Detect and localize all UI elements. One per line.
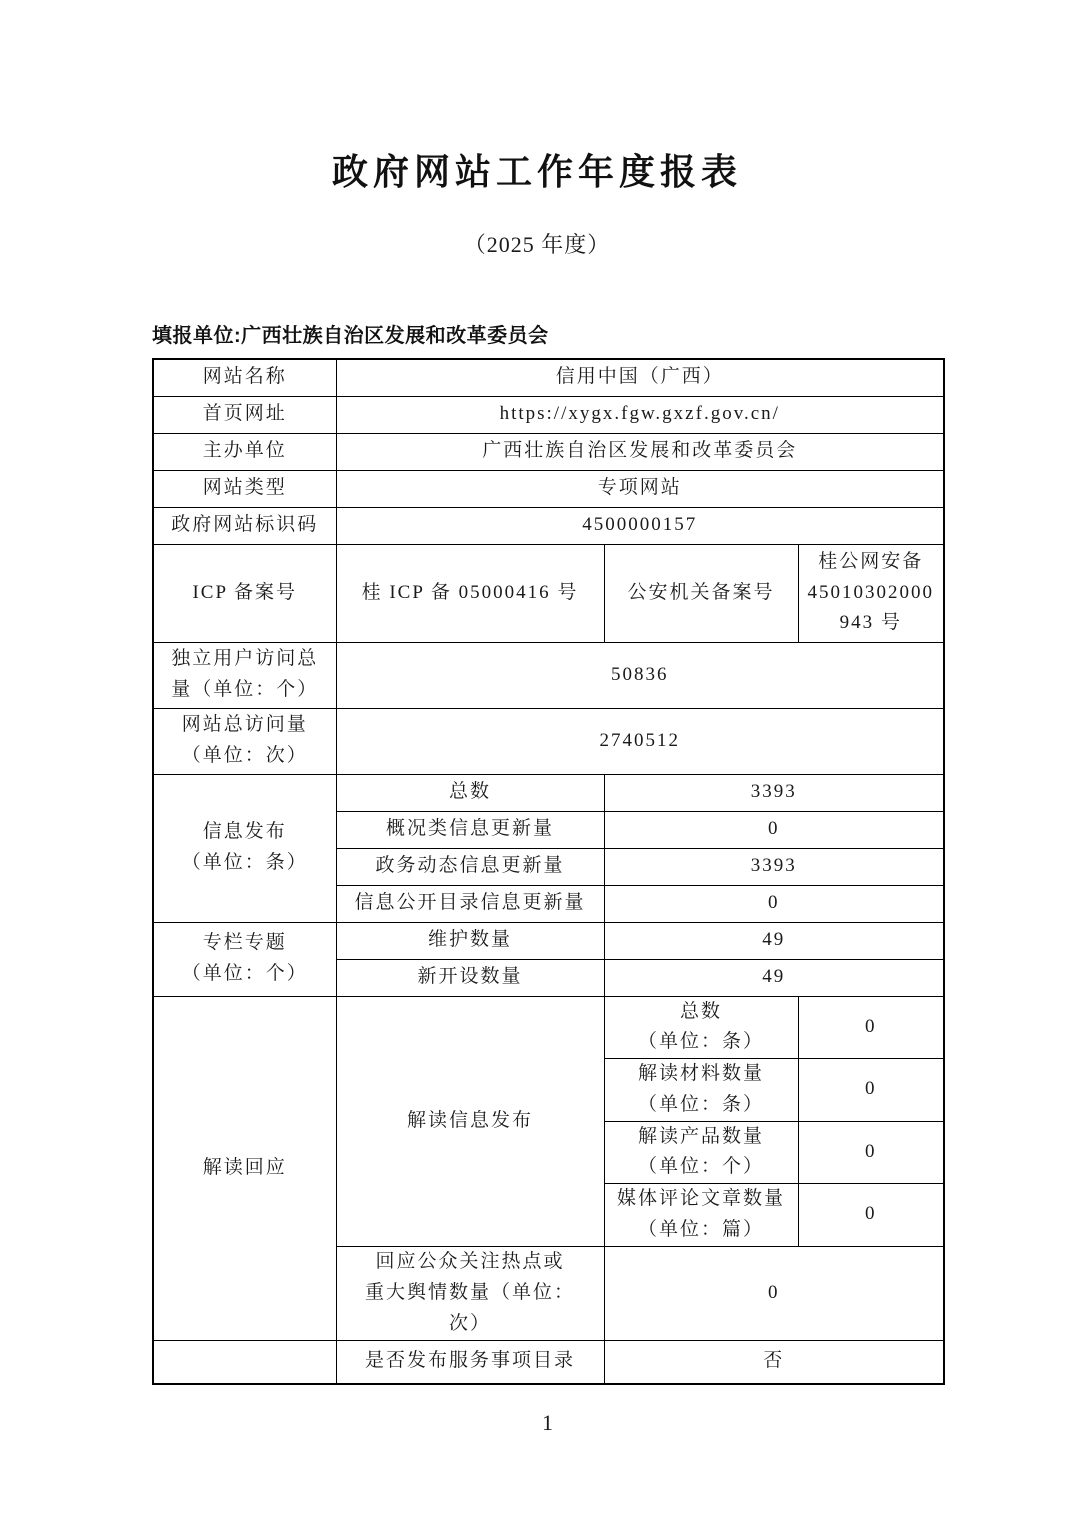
reporting-unit-line: 填报单位:广西壮族自治区发展和改革委员会 xyxy=(152,319,549,348)
icp-label: ICP 备案号 xyxy=(153,544,336,642)
table-row: 是否发布服务事项目录 否 xyxy=(153,1340,944,1384)
annual-report-table: 网站名称 信用中国（广西） 首页网址 https://xygx.fgw.gxzf… xyxy=(152,358,945,1385)
table-row: 网站类型 专项网站 xyxy=(153,470,944,507)
info-publish-item-value: 3393 xyxy=(604,774,944,811)
table-row: 主办单位 广西壮族自治区发展和改革委员会 xyxy=(153,433,944,470)
special-columns-item-value: 49 xyxy=(604,959,944,996)
info-publish-item-value: 3393 xyxy=(604,848,944,885)
info-publish-item-label: 总数 xyxy=(336,774,604,811)
special-columns-section-label: 专栏专题 （单位：个） xyxy=(153,922,336,996)
page-number: 1 xyxy=(152,1410,943,1436)
home-url-label: 首页网址 xyxy=(153,396,336,433)
info-publish-item-value: 0 xyxy=(604,885,944,922)
site-code-value: 4500000157 xyxy=(336,507,944,544)
interpretation-section-label: 解读回应 xyxy=(153,996,336,1340)
info-publish-item-label: 政务动态信息更新量 xyxy=(336,848,604,885)
special-columns-item-value: 49 xyxy=(604,922,944,959)
table-row: ICP 备案号 桂 ICP 备 05000416 号 公安机关备案号 桂公网安备… xyxy=(153,544,944,642)
special-columns-item-label: 新开设数量 xyxy=(336,959,604,996)
police-record-value: 桂公网安备 45010302000 943 号 xyxy=(798,544,944,642)
interpretation-publish-label: 解读信息发布 xyxy=(336,996,604,1246)
table-row: 首页网址 https://xygx.fgw.gxzf.gov.cn/ xyxy=(153,396,944,433)
hotspot-response-label: 回应公众关注热点或 重大舆情数量（单位： 次） xyxy=(336,1246,604,1340)
service-catalog-value: 否 xyxy=(604,1340,944,1384)
site-code-label: 政府网站标识码 xyxy=(153,507,336,544)
document-title: 政府网站工作年度报表 xyxy=(0,144,1074,195)
table-row: 网站总访问量 （单位：次） 2740512 xyxy=(153,708,944,774)
police-record-label: 公安机关备案号 xyxy=(604,544,798,642)
table-row: 解读回应 解读信息发布 总数 （单位：条） 0 xyxy=(153,996,944,1059)
info-publish-item-label: 概况类信息更新量 xyxy=(336,811,604,848)
total-visits-value: 2740512 xyxy=(336,708,944,774)
table-row: 政府网站标识码 4500000157 xyxy=(153,507,944,544)
interpretation-item-label: 媒体评论文章数量 （单位：篇） xyxy=(604,1184,798,1247)
table-row: 网站名称 信用中国（广西） xyxy=(153,359,944,396)
table-row: 独立用户访问总 量（单位：个） 50836 xyxy=(153,642,944,708)
total-visits-label: 网站总访问量 （单位：次） xyxy=(153,708,336,774)
info-publish-section-label: 信息发布 （单位：条） xyxy=(153,774,336,922)
icp-value: 桂 ICP 备 05000416 号 xyxy=(336,544,604,642)
empty-cell xyxy=(153,1340,336,1384)
site-type-label: 网站类型 xyxy=(153,470,336,507)
document-page: 政府网站工作年度报表 （2025 年度） 填报单位:广西壮族自治区发展和改革委员… xyxy=(0,0,1074,1520)
unique-visitors-label: 独立用户访问总 量（单位：个） xyxy=(153,642,336,708)
table-row: 专栏专题 （单位：个） 维护数量 49 xyxy=(153,922,944,959)
document-subtitle: （2025 年度） xyxy=(0,228,1074,259)
interpretation-item-label: 解读产品数量 （单位：个） xyxy=(604,1121,798,1184)
organizer-label: 主办单位 xyxy=(153,433,336,470)
info-publish-item-value: 0 xyxy=(604,811,944,848)
site-name-label: 网站名称 xyxy=(153,359,336,396)
special-columns-item-label: 维护数量 xyxy=(336,922,604,959)
interpretation-item-label: 总数 （单位：条） xyxy=(604,996,798,1059)
interpretation-item-label: 解读材料数量 （单位：条） xyxy=(604,1059,798,1122)
interpretation-item-value: 0 xyxy=(798,1184,944,1247)
organizer-value: 广西壮族自治区发展和改革委员会 xyxy=(336,433,944,470)
interpretation-item-value: 0 xyxy=(798,1121,944,1184)
site-name-value: 信用中国（广西） xyxy=(336,359,944,396)
table-row: 信息发布 （单位：条） 总数 3393 xyxy=(153,774,944,811)
site-type-value: 专项网站 xyxy=(336,470,944,507)
hotspot-response-value: 0 xyxy=(604,1246,944,1340)
service-catalog-label: 是否发布服务事项目录 xyxy=(336,1340,604,1384)
unique-visitors-value: 50836 xyxy=(336,642,944,708)
interpretation-item-value: 0 xyxy=(798,996,944,1059)
interpretation-item-value: 0 xyxy=(798,1059,944,1122)
home-url-value: https://xygx.fgw.gxzf.gov.cn/ xyxy=(336,396,944,433)
info-publish-item-label: 信息公开目录信息更新量 xyxy=(336,885,604,922)
